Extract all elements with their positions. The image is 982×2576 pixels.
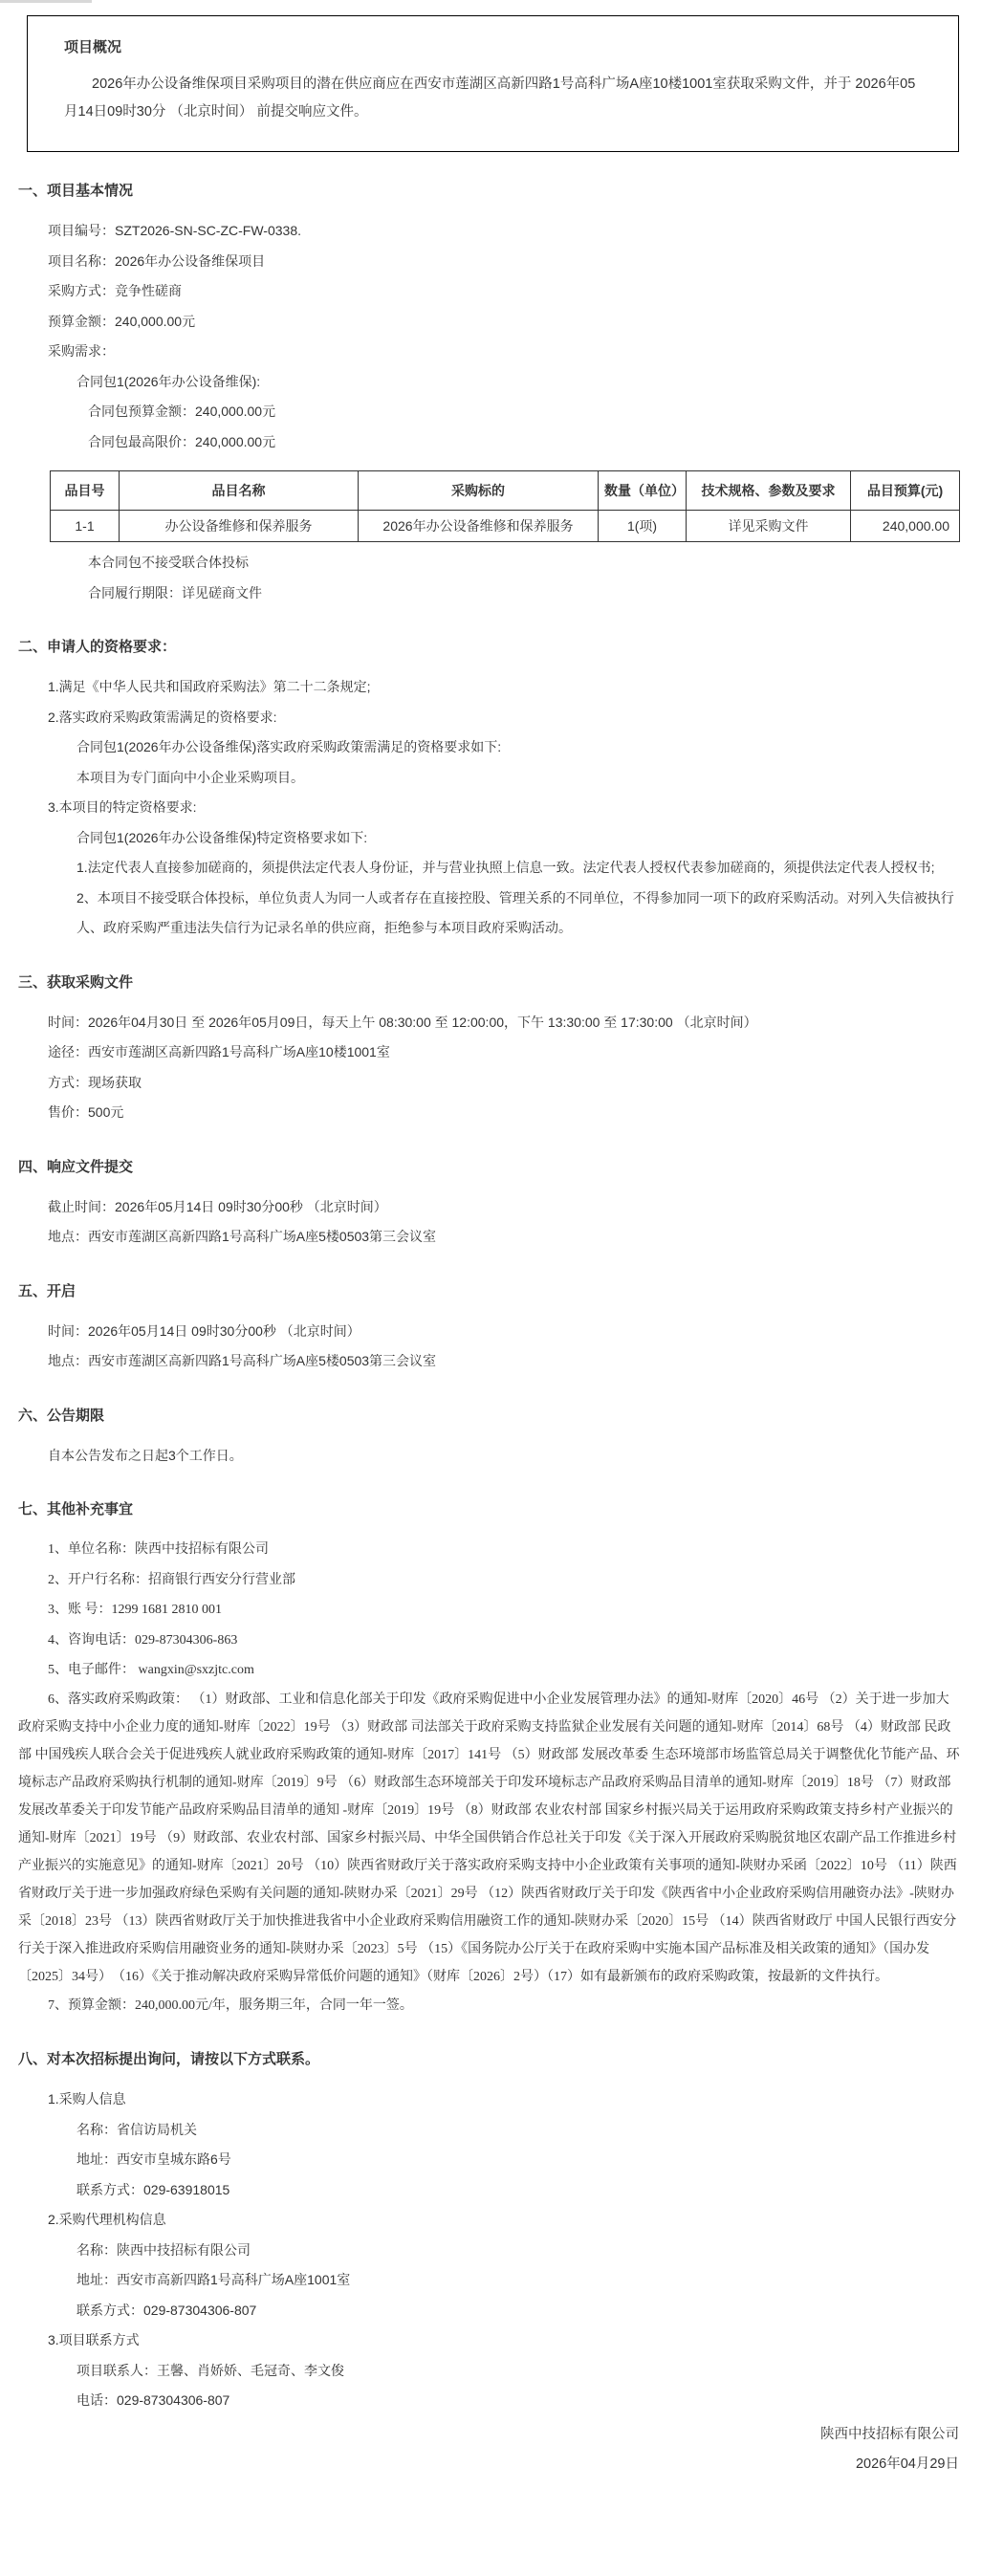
table-cell: 1(项) [599,511,687,542]
text-line: 地点：西安市莲湖区高新四路1号高科广场A座5楼0503第三会议室 [48,1222,961,1253]
text-line: 名称：陕西中技招标有限公司 [76,2236,961,2266]
announcement-period-lines: 自本公告发布之日起3个工作日。 [18,1441,961,1472]
text-line: 预算金额：240,000.00元 [48,307,961,338]
text-line: 4、咨询电话：029-87304306-863 [48,1626,961,1656]
text-line: 截止时间：2026年05月14日 09时30分00秒 （北京时间） [48,1192,961,1223]
text-line: 时间：2026年05月14日 09时30分00秒 （北京时间） [48,1317,961,1347]
text-line: 合同包预算金额：240,000.00元 [88,397,961,427]
table-header-quantity: 数量（单位） [599,471,687,511]
table-header-item-no: 品目号 [51,471,120,511]
text-line: 本项目为专门面向中小企业采购项目。 [76,763,961,794]
text-line: 采购需求： [48,337,961,367]
text-line: 采购方式：竞争性磋商 [48,276,961,307]
text-line: 3.项目联系方式 [48,2325,961,2356]
section-obtain-documents: 三、获取采购文件 时间：2026年04月30日 至 2026年05月09日，每天… [18,972,961,1128]
table-cell: 详见采购文件 [687,511,851,542]
section-supplementary-matters: 七、其他补充事宜 1、单位名称：陕西中技招标有限公司2、开户行名称：招商银行西安… [18,1499,961,2020]
section-heading-opening: 五、开启 [18,1281,961,1301]
basic-info-lines-after-table: 本合同包不接受联合体投标合同履行期限：详见磋商文件 [18,548,961,608]
section-heading-obtain-documents: 三、获取采购文件 [18,972,961,993]
text-line: 合同包最高限价：240,000.00元 [88,427,961,458]
table-cell: 240,000.00 [851,511,960,542]
page-top-fragment [0,0,92,3]
text-line: 1.法定代表人直接参加磋商的，须提供法定代表人身份证，并与营业执照上信息一致。法… [76,853,961,884]
obtain-documents-lines: 时间：2026年04月30日 至 2026年05月09日，每天上午 08:30:… [18,1008,961,1128]
qualification-lines: 1.满足《中华人民共和国政府采购法》第二十二条规定;2.落实政府采购政策需满足的… [18,672,961,944]
section-heading-qualification: 二、申请人的资格要求： [18,637,961,657]
table-header-subject: 采购标的 [359,471,599,511]
text-line: 1、单位名称：陕西中技招标有限公司 [48,1535,961,1565]
opening-lines: 时间：2026年05月14日 09时30分00秒 （北京时间）地点：西安市莲湖区… [18,1317,961,1377]
text-line: 本合同包不接受联合体投标 [88,548,961,579]
text-line: 联系方式：029-63918015 [76,2175,961,2206]
section-heading-response-submission: 四、响应文件提交 [18,1157,961,1177]
section-announcement-period: 六、公告期限 自本公告发布之日起3个工作日。 [18,1406,961,1472]
section-response-submission: 四、响应文件提交 截止时间：2026年05月14日 09时30分00秒 （北京时… [18,1157,961,1253]
table-header-specs: 技术规格、参数及要求 [687,471,851,511]
text-line: 5、电子邮件： wangxin@sxzjtc.com [48,1655,961,1686]
table-cell: 1-1 [51,511,120,542]
section-qualification-requirements: 二、申请人的资格要求： 1.满足《中华人民共和国政府采购法》第二十二条规定;2.… [18,637,961,944]
section-heading-supplementary: 七、其他补充事宜 [18,1499,961,1519]
text-line: 2.采购代理机构信息 [48,2205,961,2236]
signing-agency-name: 陕西中技招标有限公司 [18,2420,959,2451]
text-line: 地址：西安市皇城东路6号 [76,2145,961,2175]
table-header-budget: 品目预算(元) [851,471,960,511]
text-line: 方式：现场获取 [48,1068,961,1099]
text-line: 6、落实政府采购政策： （1）财政部、工业和信息化部关于印发《政府采购促进中小企… [18,1686,961,1991]
text-line: 2.落实政府采购政策需满足的资格要求: [48,703,961,733]
response-submission-lines: 截止时间：2026年05月14日 09时30分00秒 （北京时间）地点：西安市莲… [18,1192,961,1253]
text-line: 3、账 号：1299 1681 2810 001 [48,1595,961,1626]
text-line: 合同包1(2026年办公设备维保)落实政府采购政策需满足的资格要求如下: [76,732,961,763]
section-heading-basic-info: 一、项目基本情况 [18,181,961,201]
text-line: 7、预算金额：240,000.00元/年，服务期三年，合同一年一签。 [48,1991,961,2021]
project-overview-title: 项目概况 [64,37,922,57]
signature-block: 陕西中技招标有限公司 2026年04月29日 [18,2420,961,2480]
text-line: 途径：西安市莲湖区高新四路1号高科广场A座10楼1001室 [48,1037,961,1068]
text-line: 地点：西安市莲湖区高新四路1号高科广场A座5楼0503第三会议室 [48,1346,961,1377]
text-line: 合同包1(2026年办公设备维保)特定资格要求如下: [76,823,961,854]
text-line: 1.采购人信息 [48,2085,961,2115]
section-basic-info: 一、项目基本情况 项目编号：SZT2026-SN-SC-ZC-FW-0338.项… [18,181,961,608]
basic-info-lines: 项目编号：SZT2026-SN-SC-ZC-FW-0338.项目名称：2026年… [18,216,961,457]
contact-lines: 1.采购人信息名称：省信访局机关地址：西安市皇城东路6号联系方式：029-639… [18,2085,961,2416]
table-header-row: 品目号 品目名称 采购标的 数量（单位） 技术规格、参数及要求 品目预算(元) [51,471,960,511]
section-heading-announcement-period: 六、公告期限 [18,1406,961,1426]
supplementary-lines: 1、单位名称：陕西中技招标有限公司2、开户行名称：招商银行西安分行营业部3、账 … [18,1535,961,2020]
table-body: 1-1办公设备维修和保养服务2026年办公设备维修和保养服务1(项)详见采购文件… [51,511,960,542]
table-row: 1-1办公设备维修和保养服务2026年办公设备维修和保养服务1(项)详见采购文件… [51,511,960,542]
text-line: 合同履行期限：详见磋商文件 [88,579,961,609]
text-line: 3.本项目的特定资格要求: [48,793,961,823]
section-contact-info: 八、对本次招标提出询问，请按以下方式联系。 1.采购人信息名称：省信访局机关地址… [18,2049,961,2416]
text-line: 1.满足《中华人民共和国政府采购法》第二十二条规定; [48,672,961,703]
text-line: 自本公告发布之日起3个工作日。 [48,1441,961,1472]
text-line: 项目名称：2026年办公设备维保项目 [48,247,961,277]
text-line: 2、本项目不接受联合体投标，单位负责人为同一人或者存在直接控股、管理关系的不同单… [76,884,961,944]
text-line: 时间：2026年04月30日 至 2026年05月09日，每天上午 08:30:… [48,1008,961,1038]
announcement-document: 项目概况 2026年办公设备维保项目采购项目的潜在供应商应在西安市莲湖区高新四路… [0,0,982,2509]
announcement-date: 2026年04月29日 [18,2450,959,2480]
text-line: 名称：省信访局机关 [76,2115,961,2146]
text-line: 项目联系人：王馨、肖娇娇、毛冠奇、李文俊 [76,2356,961,2387]
text-line: 项目编号：SZT2026-SN-SC-ZC-FW-0338. [48,216,961,247]
text-line: 地址：西安市高新四路1号高科广场A座1001室 [76,2265,961,2296]
text-line: 2、开户行名称：招商银行西安分行营业部 [48,1565,961,1596]
text-line: 售价：500元 [48,1098,961,1128]
table-cell: 办公设备维修和保养服务 [120,511,359,542]
text-line: 联系方式：029-87304306-807 [76,2296,961,2326]
procurement-items-table: 品目号 品目名称 采购标的 数量（单位） 技术规格、参数及要求 品目预算(元) … [50,470,960,542]
section-opening: 五、开启 时间：2026年05月14日 09时30分00秒 （北京时间）地点：西… [18,1281,961,1377]
text-line: 合同包1(2026年办公设备维保): [76,367,961,398]
project-overview-box: 项目概况 2026年办公设备维保项目采购项目的潜在供应商应在西安市莲湖区高新四路… [27,15,959,152]
project-overview-body: 2026年办公设备维保项目采购项目的潜在供应商应在西安市莲湖区高新四路1号高科广… [64,71,922,126]
text-line: 电话：029-87304306-807 [76,2386,961,2416]
table-cell: 2026年办公设备维修和保养服务 [359,511,599,542]
section-heading-contact: 八、对本次招标提出询问，请按以下方式联系。 [18,2049,961,2069]
table-header-item-name: 品目名称 [120,471,359,511]
